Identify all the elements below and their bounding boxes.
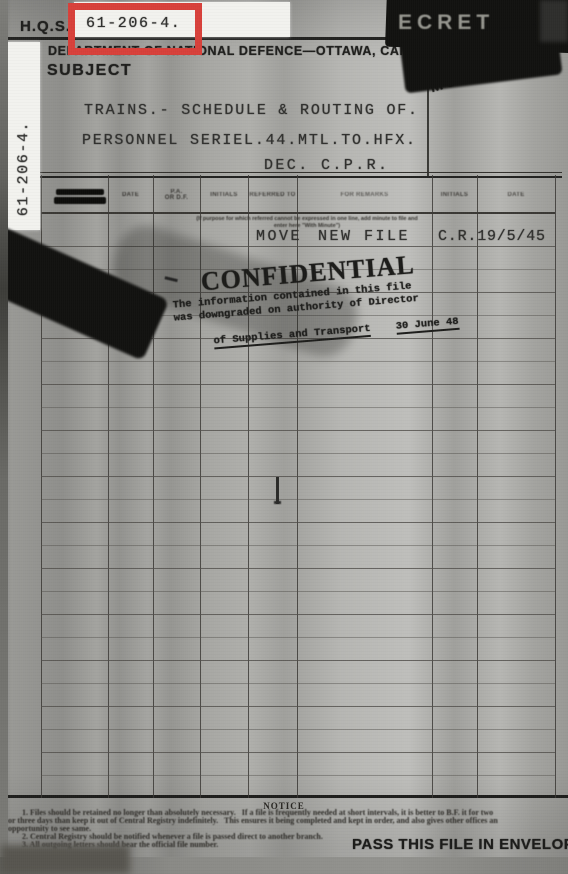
table-row-line (41, 499, 555, 500)
table-row-line (41, 453, 555, 454)
pen-tick-mark (276, 477, 279, 504)
table-row-line (41, 568, 555, 569)
file-number-vertical: 61-206-4. (15, 121, 32, 216)
file-number: 61-206-4. (86, 15, 181, 32)
entry-referred-to: MOVE (256, 228, 302, 245)
hqs-label: H.Q.S. (20, 18, 71, 35)
redacted-column-header-bar (56, 189, 104, 195)
bottom-left-shadow (0, 845, 130, 874)
pass-file-instruction: PASS THIS FILE IN ENVELOPE (352, 836, 558, 853)
corner-ink-patch (540, 0, 568, 42)
stamp-gap (370, 321, 396, 335)
table-row-line (41, 706, 555, 707)
table-row-line (41, 476, 555, 477)
table-row-line (41, 384, 555, 385)
table-row-line (41, 522, 555, 523)
subject-line-1: TRAINS.- SCHEDULE & ROUTING OF. (84, 102, 419, 119)
table-bottom-rule (0, 795, 568, 798)
table-row-line (41, 775, 555, 776)
secret-stamp-text: ECRET (398, 11, 494, 35)
entry-for-remarks: NEW FILE (318, 228, 410, 245)
entry-initials-date: C.R.19/5/45 (438, 228, 546, 245)
confidential-stamp-line-3-date: 30 June 48 (395, 316, 459, 335)
subject-line-2: PERSONNEL SERIEL.44.MTL.TO.HFX. (82, 132, 417, 149)
table-row-line (41, 752, 555, 753)
table-row-line (41, 407, 555, 408)
redacted-column-header-bar (54, 197, 106, 204)
table-row-line (41, 430, 555, 431)
table-row-line (41, 614, 555, 615)
table-row-line (41, 637, 555, 638)
table-row-line (41, 729, 555, 730)
table-row-line (41, 361, 555, 362)
table-row-line (41, 660, 555, 661)
scan-left-edge (0, 0, 8, 874)
table-column-line (555, 175, 556, 798)
stamp-speck (164, 276, 177, 282)
confidential-stamp-line-3-text: of Supplies and Transport (213, 323, 371, 350)
pen-tick-foot (274, 501, 281, 504)
table-header-note-line-1: (If purpose for which referred cannot be… (168, 216, 446, 223)
scanned-file-cover-page: H.Q.S. 61-206-4. DEPARTMENT OF NATIONAL … (0, 0, 568, 874)
table-row-line (41, 683, 555, 684)
table-row-line (41, 591, 555, 592)
subject-line-3: DEC. C.P.R. (264, 157, 389, 174)
table-row-line (41, 545, 555, 546)
